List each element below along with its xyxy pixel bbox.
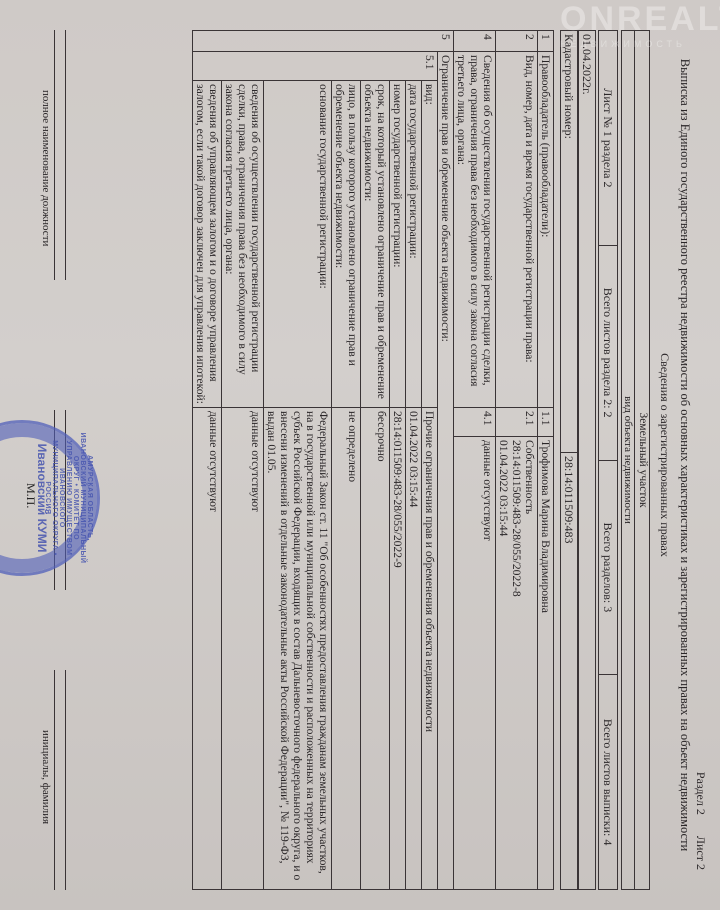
table-row: срок, на который установлено ограничение…: [361, 31, 390, 890]
table-row: сведения об управляющем залогом и о дого…: [193, 31, 222, 890]
cadastral-label: Кадастровый номер:: [561, 31, 577, 453]
field-value: данные отсутствуют: [193, 408, 222, 890]
table-row: 1Правообладатель (правообладатели):1.1Тр…: [538, 31, 554, 890]
field-label: срок, на который установлено ограничение…: [361, 81, 390, 408]
header-meta: Раздел 2 Лист 2: [693, 754, 708, 870]
table-row: 5Ограничение прав и обременение объекта …: [438, 31, 454, 890]
official-stamp: АМУРСКАЯ ОБЛАСТЬ, ИВАНОВСКИЙ МУНИЦИПАЛЬН…: [0, 420, 100, 576]
field-label: основание государственной регистрации:: [264, 81, 332, 408]
document-subtitle: Сведения о зарегистрированных правах: [657, 0, 672, 910]
table-row: сведения об осуществлении государственно…: [222, 31, 264, 890]
total-sheets-section: Всего листов раздела 2: 2: [599, 246, 617, 461]
stamp-mark: М.П.: [23, 483, 38, 508]
field-label: дата государственной регистрации:: [406, 81, 422, 408]
cadastral-number: 28:14:011509:483: [561, 453, 577, 544]
field-label: номер государственной регистрации:: [390, 81, 406, 408]
row-value: данные отсутствуют: [454, 437, 496, 890]
total-sections: Всего разделов: 3: [599, 461, 617, 676]
document-title: Выписка из Единого государственного реес…: [677, 0, 692, 910]
table-row: 2Вид, номер, дата и время государственно…: [496, 31, 538, 890]
row-sub-number: 4.1: [454, 408, 496, 437]
rights-table: 1Правообладатель (правообладатели):1.1Тр…: [192, 30, 554, 890]
sheet-of-section: Лист № 1 раздела 2: [599, 31, 617, 246]
table-row: 5.1вид:Прочие ограничения прав и обремен…: [422, 31, 438, 890]
row-label: Вид, номер, дата и время государственной…: [496, 52, 538, 408]
field-label: сведения об осуществлении государственно…: [222, 81, 264, 408]
position-line: [54, 30, 66, 280]
row-label: Правообладатель (правообладатели):: [538, 52, 554, 408]
field-value: Федеральный Закон ст. 11 "Об особенностя…: [264, 408, 332, 890]
cadastral-row: Кадастровый номер: 28:14:011509:483: [560, 30, 578, 890]
object-type-caption: вид объекта недвижимости: [621, 30, 634, 890]
signature-block: полное наименование должности инициалы, …: [18, 30, 108, 890]
row-sub-number: 5.1: [193, 52, 438, 81]
object-type: Земельный участок: [634, 30, 650, 890]
table-row: номер государственной регистрации:28:14:…: [390, 31, 406, 890]
row-number: 4: [454, 31, 496, 52]
row-value: Трофимова Марина Владимировна: [538, 437, 554, 890]
extract-date: 01.04.2022г.: [578, 30, 596, 890]
table-row: лицо, в пользу которого установлено огра…: [332, 31, 361, 890]
table-row: основание государственной регистрации:Фе…: [264, 31, 332, 890]
watermark-logo: ONREALT НЕДВИЖИМОСТЬ: [560, 0, 720, 49]
sheet-label: Лист 2: [694, 836, 708, 870]
field-value: 01.04.2022 03:15:44: [406, 408, 422, 890]
row-sub-number: 2.1: [496, 408, 538, 437]
sheet-info-row: Лист № 1 раздела 2 Всего листов раздела …: [598, 30, 618, 890]
row-value: Собственность28:14:011509:483-28/055/202…: [496, 437, 538, 890]
total-sheets-extract: Всего листов выписки: 4: [599, 675, 617, 889]
field-value: данные отсутствуют: [222, 408, 264, 890]
table-row: 4Сведения об осуществлении государственн…: [454, 31, 496, 890]
field-label: сведения об управляющем залогом и о дого…: [193, 81, 222, 408]
field-value: не определено: [332, 408, 361, 890]
stamp-ring-text: АМУРСКАЯ ОБЛАСТЬ, ИВАНОВСКИЙ МУНИЦИПАЛЬН…: [44, 429, 93, 567]
position-caption: полное наименование должности: [40, 90, 52, 246]
field-label: вид:: [422, 81, 438, 408]
row-number: 5: [193, 31, 454, 52]
table-row: дата государственной регистрации:01.04.2…: [406, 31, 422, 890]
field-label: лицо, в пользу которого установлено огра…: [332, 81, 361, 408]
field-value: Прочие ограничения прав и обременения об…: [422, 408, 438, 890]
field-value: бессрочно: [361, 408, 390, 890]
row-number: 1: [538, 31, 554, 52]
encumbrance-title: Ограничение прав и обременение объекта н…: [438, 52, 454, 890]
name-line: [54, 670, 66, 890]
row-sub-number: 1.1: [538, 408, 554, 437]
field-value: 28:14:011509:483-28/055/2022-9: [390, 408, 406, 890]
row-label: Сведения об осуществлении государственно…: [454, 52, 496, 408]
document-page: Раздел 2 Лист 2 Выписка из Единого госуд…: [0, 0, 720, 910]
name-caption: инициалы, фамилия: [40, 730, 52, 824]
section-label: Раздел 2: [694, 772, 708, 815]
row-number: 2: [496, 31, 538, 52]
